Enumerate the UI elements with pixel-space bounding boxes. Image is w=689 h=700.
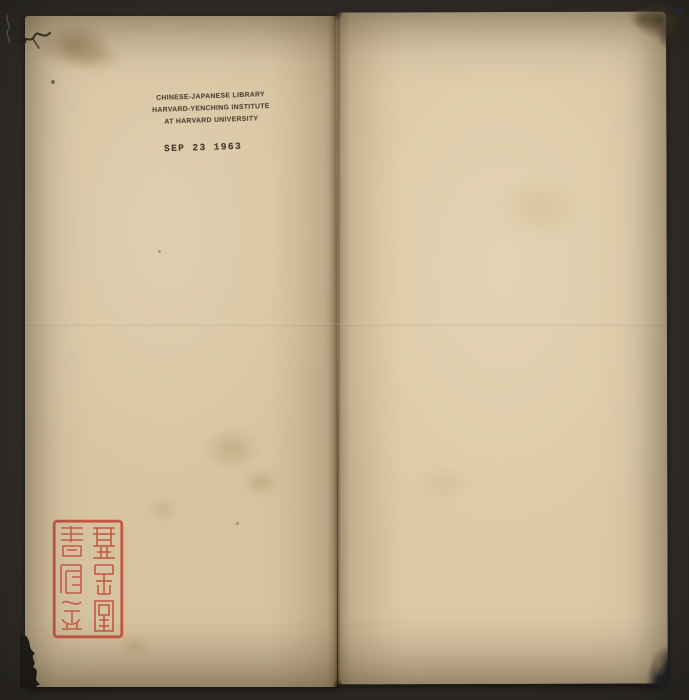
scanned-book-spread: CHINESE-JAPANESE LIBRARY HARVARD-YENCHIN… bbox=[0, 0, 689, 700]
left-page bbox=[25, 16, 337, 687]
dark-speck-top-right bbox=[675, 7, 684, 13]
gutter-notch-top bbox=[329, 12, 345, 30]
fiber-on-border bbox=[1, 14, 13, 44]
right-page bbox=[336, 12, 668, 685]
gutter-notch-bottom bbox=[331, 668, 345, 688]
